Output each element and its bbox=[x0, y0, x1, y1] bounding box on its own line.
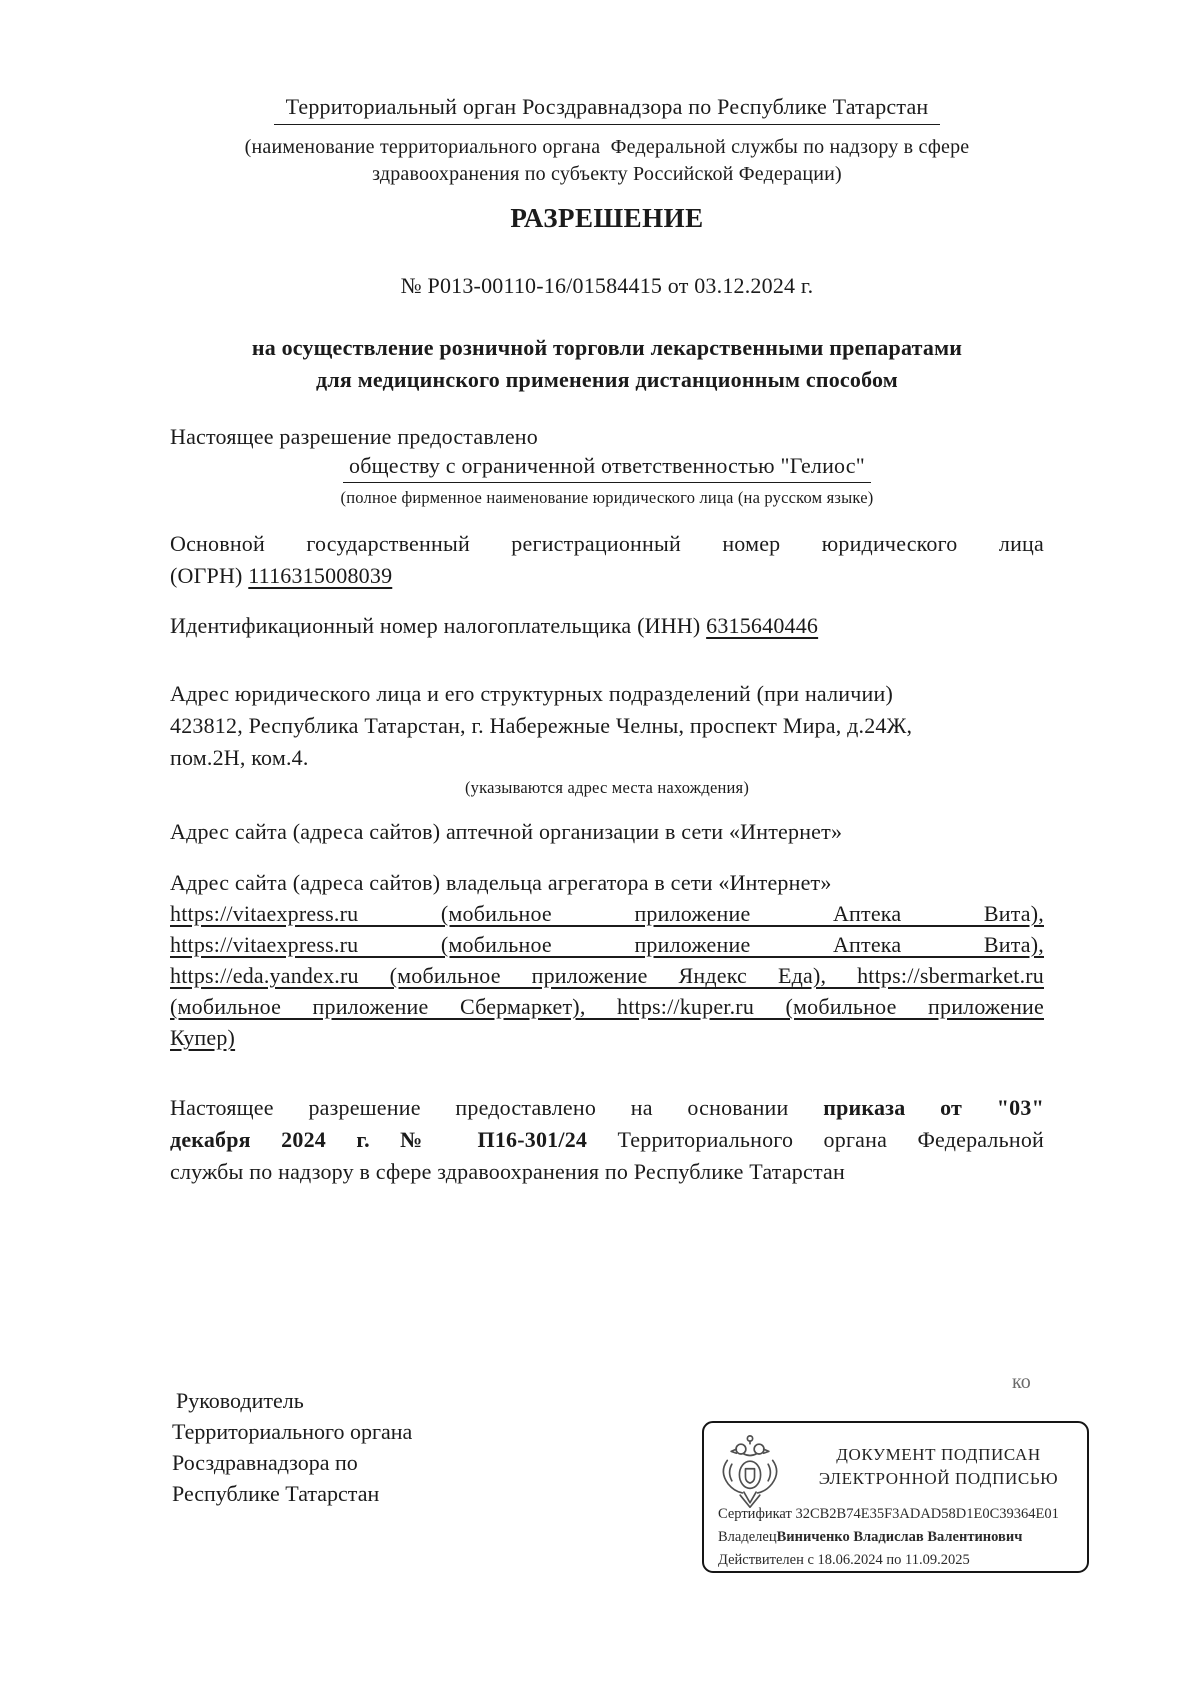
certificate-value: 32CB2B74E35F3ADAD58D1E0C39364E01 bbox=[795, 1506, 1058, 1522]
header-org-note-line2: здравоохранения по субъекту Российской Ф… bbox=[170, 161, 1044, 188]
owner-value: Виниченко Владислав Валентинович bbox=[777, 1529, 1023, 1545]
stamp-title: ДОКУМЕНТ ПОДПИСАН ЭЛЕКТРОННОЙ ПОДПИСЬЮ bbox=[796, 1443, 1081, 1491]
aggregator-url-line3: https://eda.yandex.ru (мобильное приложе… bbox=[170, 961, 1044, 991]
aggregator-url-line4: (мобильное приложение Сбермаркет), https… bbox=[170, 992, 1044, 1022]
order-line1-text: Настоящее разрешение предоставлено на ос… bbox=[170, 1095, 823, 1120]
document-type-title: РАЗРЕШЕНИЕ bbox=[170, 203, 1044, 233]
stamp-validity-line: Действителен с 18.06.2024 по 11.09.2025 bbox=[718, 1550, 1079, 1570]
certificate-label: Сертификат bbox=[718, 1506, 795, 1522]
subject-line2: для медицинского применения дистанционны… bbox=[170, 365, 1044, 395]
aggregator-url-line1: https://vitaexpress.ru (мобильное прилож… bbox=[170, 899, 1044, 929]
stamp-certificate-line: Сертификат 32CB2B74E35F3ADAD58D1E0C39364… bbox=[718, 1504, 1079, 1524]
inn-label: Идентификационный номер налогоплательщик… bbox=[170, 613, 706, 638]
owner-label: Владелец bbox=[718, 1529, 777, 1545]
aggregator-url-line2: https://vitaexpress.ru (мобильное прилож… bbox=[170, 930, 1044, 960]
order-line2-text: Территориального органа Федеральной bbox=[587, 1127, 1044, 1152]
aggregator-sites-label: Адрес сайта (адреса сайтов) владельца аг… bbox=[170, 868, 1044, 898]
order-paragraph-line2: декабря 2024 г. № П16-301/24 Территориал… bbox=[170, 1125, 1044, 1155]
signatory-title-line3: Росздравнадзора по bbox=[172, 1448, 358, 1478]
ogrn-value: 1116315008039 bbox=[248, 563, 392, 588]
order-line1-bold: приказа от "03" bbox=[823, 1095, 1044, 1120]
document-number: № Р013-00110-16/01584415 от 03.12.2024 г… bbox=[170, 271, 1044, 301]
header-org-name: Территориальный орган Росздравнадзора по… bbox=[170, 92, 1044, 125]
electronic-signature-stamp: ДОКУМЕНТ ПОДПИСАН ЭЛЕКТРОННОЙ ПОДПИСЬЮ С… bbox=[702, 1421, 1089, 1573]
address-note: (указываются адрес места нахождения) bbox=[170, 777, 1044, 799]
ogrn-label-line: Основной государственный регистрационный… bbox=[170, 529, 1044, 559]
signature-name-fragment: ко bbox=[1012, 1371, 1031, 1394]
ogrn-prefix: (ОГРН) bbox=[170, 563, 248, 588]
subject-line1: на осуществление розничной торговли лека… bbox=[170, 333, 1044, 363]
signatory-title-line1: Руководитель bbox=[176, 1386, 304, 1416]
address-label: Адрес юридического лица и его структурны… bbox=[170, 679, 1044, 709]
coat-of-arms-eagle-icon bbox=[716, 1431, 784, 1511]
header-org-name-text: Территориальный орган Росздравнадзора по… bbox=[274, 92, 941, 125]
order-paragraph-line1: Настоящее разрешение предоставлено на ос… bbox=[170, 1093, 1044, 1123]
company-name-note: (полное фирменное наименование юридическ… bbox=[170, 487, 1044, 509]
signatory-title-line2: Территориального органа bbox=[172, 1417, 412, 1447]
company-name: обществу с ограниченной ответственностью… bbox=[170, 451, 1044, 483]
grant-intro: Настоящее разрешение предоставлено bbox=[170, 422, 1044, 452]
address-line2: пом.2Н, ком.4. bbox=[170, 743, 1044, 773]
permit-document-page: Территориальный орган Росздравнадзора по… bbox=[0, 0, 1190, 1683]
stamp-title-line1: ДОКУМЕНТ ПОДПИСАН bbox=[796, 1443, 1081, 1467]
pharmacy-sites-label: Адрес сайта (адреса сайтов) аптечной орг… bbox=[170, 817, 1044, 847]
address-line1: 423812, Республика Татарстан, г. Набереж… bbox=[170, 711, 1044, 741]
inn-value: 6315640446 bbox=[706, 613, 818, 638]
ogrn-value-line: (ОГРН) 1116315008039 bbox=[170, 561, 1044, 591]
stamp-title-line2: ЭЛЕКТРОННОЙ ПОДПИСЬЮ bbox=[796, 1467, 1081, 1491]
aggregator-url-line5: Купер) bbox=[170, 1023, 1044, 1053]
stamp-owner-line: ВладелецВиниченко Владислав Валентинович bbox=[718, 1527, 1079, 1547]
company-name-text: обществу с ограниченной ответственностью… bbox=[343, 451, 871, 483]
order-paragraph-line3: службы по надзору в сфере здравоохранени… bbox=[170, 1157, 1044, 1187]
inn-line: Идентификационный номер налогоплательщик… bbox=[170, 611, 1044, 641]
order-line2-bold: декабря 2024 г. № П16-301/24 bbox=[170, 1127, 587, 1152]
signatory-title-line4: Республике Татарстан bbox=[172, 1479, 379, 1509]
header-org-note-line1: (наименование территориального органа Фе… bbox=[170, 134, 1044, 161]
